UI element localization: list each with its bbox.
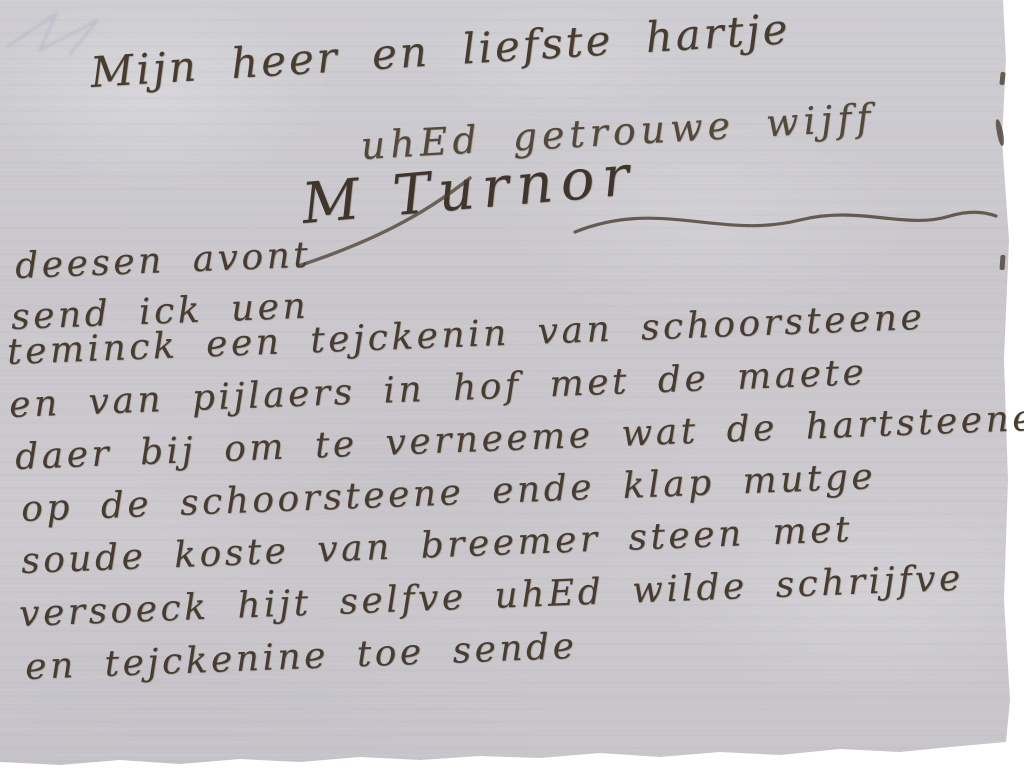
- scanned-letter-page: Mijn heer en liefste hartje uhEd getrouw…: [0, 0, 1024, 777]
- edge-ink-mark: [999, 255, 1005, 270]
